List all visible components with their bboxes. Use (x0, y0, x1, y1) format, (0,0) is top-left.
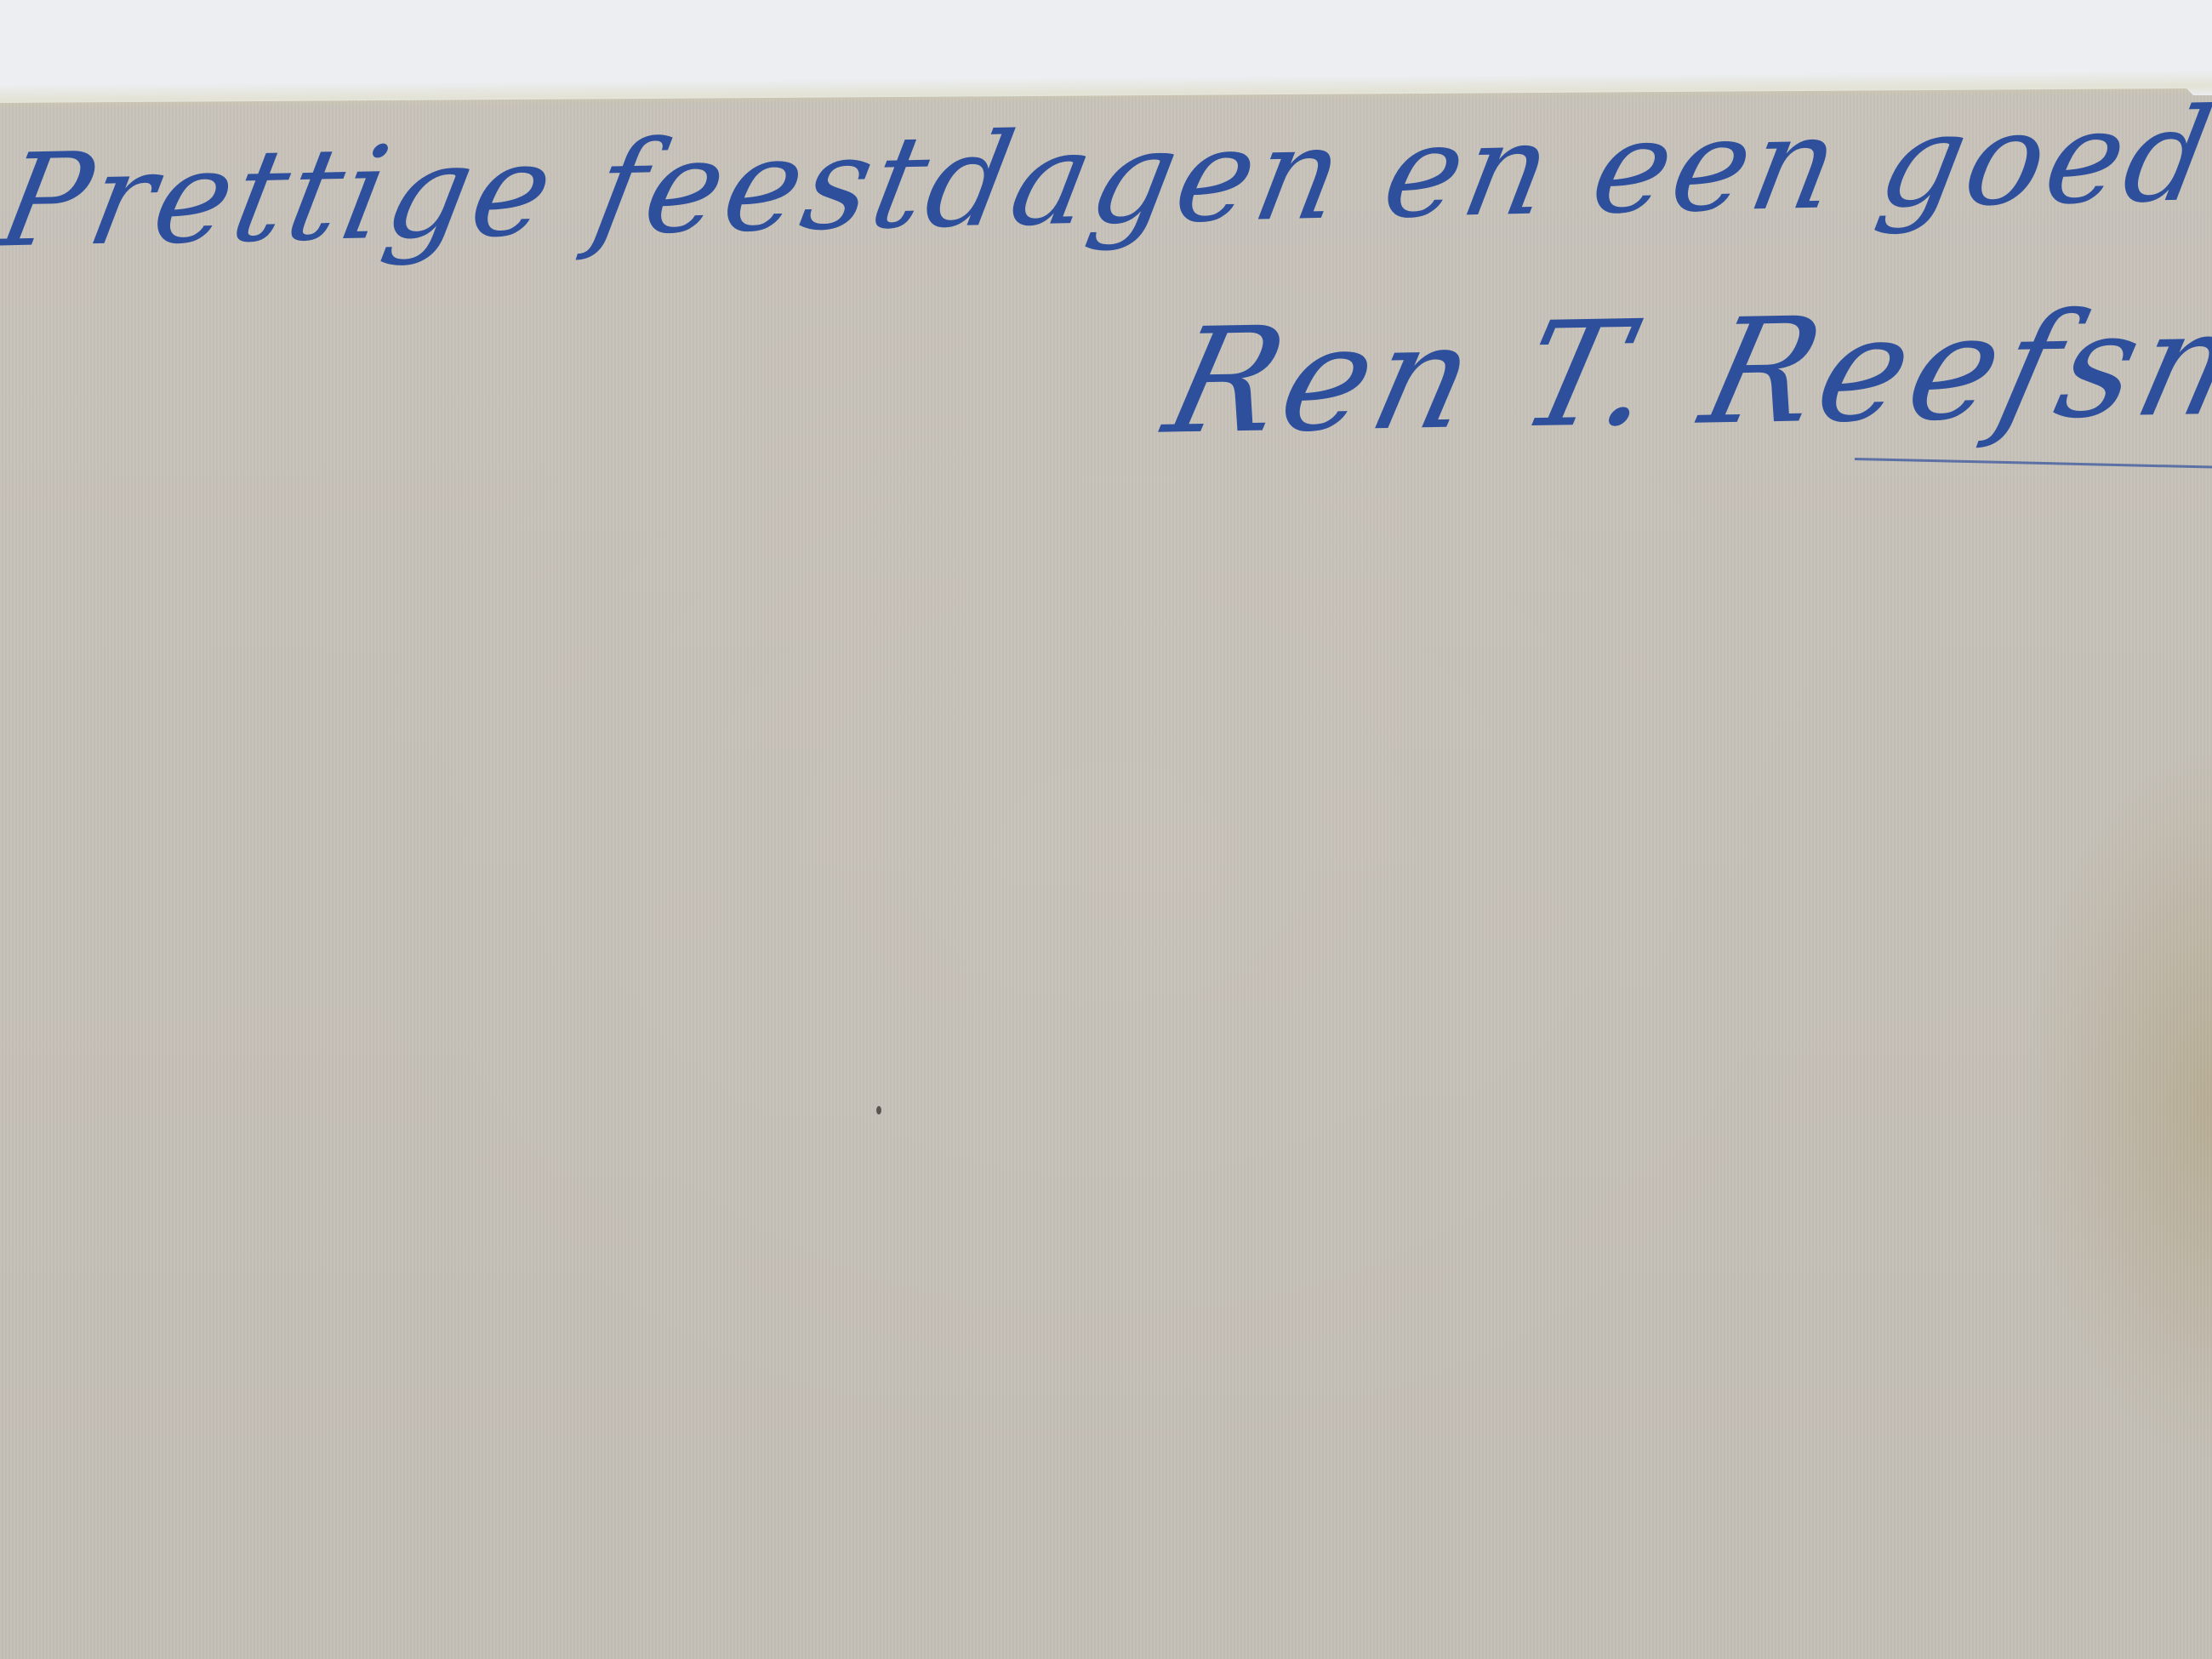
paper-speck (876, 1106, 881, 1115)
handwritten-signature: Ren T. Reefsm (1152, 278, 2212, 467)
